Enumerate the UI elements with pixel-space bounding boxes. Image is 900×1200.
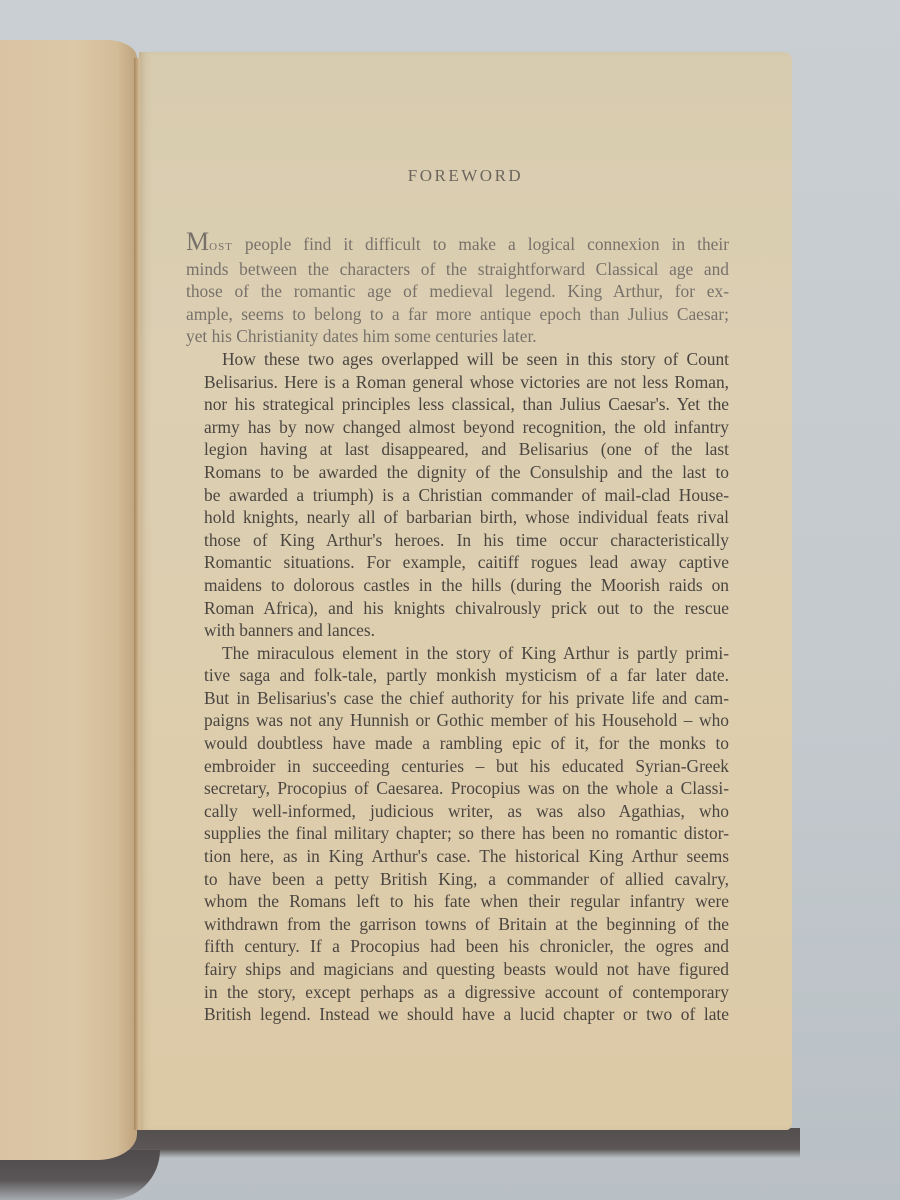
text-line: army has by now changed almost beyond re… <box>186 416 729 439</box>
text-line: British legend. Instead we should have a… <box>186 1003 729 1026</box>
small-caps: ost <box>209 238 233 254</box>
text-line: be awarded a triumph) is a Christian com… <box>186 484 729 507</box>
right-page: FOREWORD Most people find it difficult t… <box>139 52 792 1130</box>
paragraph-3: The miraculous element in the story of K… <box>186 642 729 1026</box>
text-line: fairy ships and magicians and questing b… <box>186 958 729 981</box>
text-line: tive saga and folk-tale, partly monkish … <box>186 664 729 687</box>
text-line: How these two ages overlapped will be se… <box>186 348 729 371</box>
text-line: Romantic situations. For example, caitif… <box>186 551 729 574</box>
paragraph-1: Most people find it difficult to make a … <box>186 232 729 348</box>
text-line: withdrawn from the garrison towns of Bri… <box>186 913 729 936</box>
text-line: secretary, Procopius of Caesarea. Procop… <box>186 777 729 800</box>
text-line: to have been a petty British King, a com… <box>186 868 729 891</box>
text-line: Roman Africa), and his knights chivalrou… <box>186 597 729 620</box>
text-line: paigns was not any Hunnish or Gothic mem… <box>186 709 729 732</box>
text-line: Belisarius. Here is a Roman general whos… <box>186 371 729 394</box>
text-line: tion here, as in King Arthur's case. The… <box>186 845 729 868</box>
text-line: with banners and lances. <box>186 619 729 642</box>
text-line: The miraculous element in the story of K… <box>186 642 729 665</box>
text-line: in the story, except perhaps as a digres… <box>186 981 729 1004</box>
text-line: nor his strategical principles less clas… <box>186 393 729 416</box>
left-page-edge <box>0 40 137 1160</box>
text-line: fifth century. If a Procopius had been h… <box>186 935 729 958</box>
text-line: legion having at last disappeared, and B… <box>186 438 729 461</box>
text-line: ample, seems to belong to a far more ant… <box>186 303 729 326</box>
text-line: those of the romantic age of medieval le… <box>186 280 729 303</box>
text-line: Most people find it difficult to make a … <box>186 232 729 258</box>
text-line: supplies the final military chapter; so … <box>186 822 729 845</box>
text-line: minds between the characters of the stra… <box>186 258 729 281</box>
body-text: Most people find it difficult to make a … <box>186 232 729 1026</box>
drop-cap: M <box>186 227 209 256</box>
text-line: cally well-informed, judicious writer, a… <box>186 800 729 823</box>
text-line: those of King Arthur's heroes. In his ti… <box>186 529 729 552</box>
paragraph-2: How these two ages overlapped will be se… <box>186 348 729 642</box>
section-title: FOREWORD <box>139 166 792 186</box>
text-line: But in Belisarius's case the chief autho… <box>186 687 729 710</box>
text-line: hold knights, nearly all of barbarian bi… <box>186 506 729 529</box>
text-line: whom the Romans left to his fate when th… <box>186 890 729 913</box>
text-line: Romans to be awarded the dignity of the … <box>186 461 729 484</box>
text-line: embroider in succeeding centuries – but … <box>186 755 729 778</box>
text-line: yet his Christianity dates him some cent… <box>186 325 729 348</box>
book-gutter <box>134 58 140 1130</box>
text-line: would doubtless have made a rambling epi… <box>186 732 729 755</box>
text-line: maidens to dolorous castles in the hills… <box>186 574 729 597</box>
